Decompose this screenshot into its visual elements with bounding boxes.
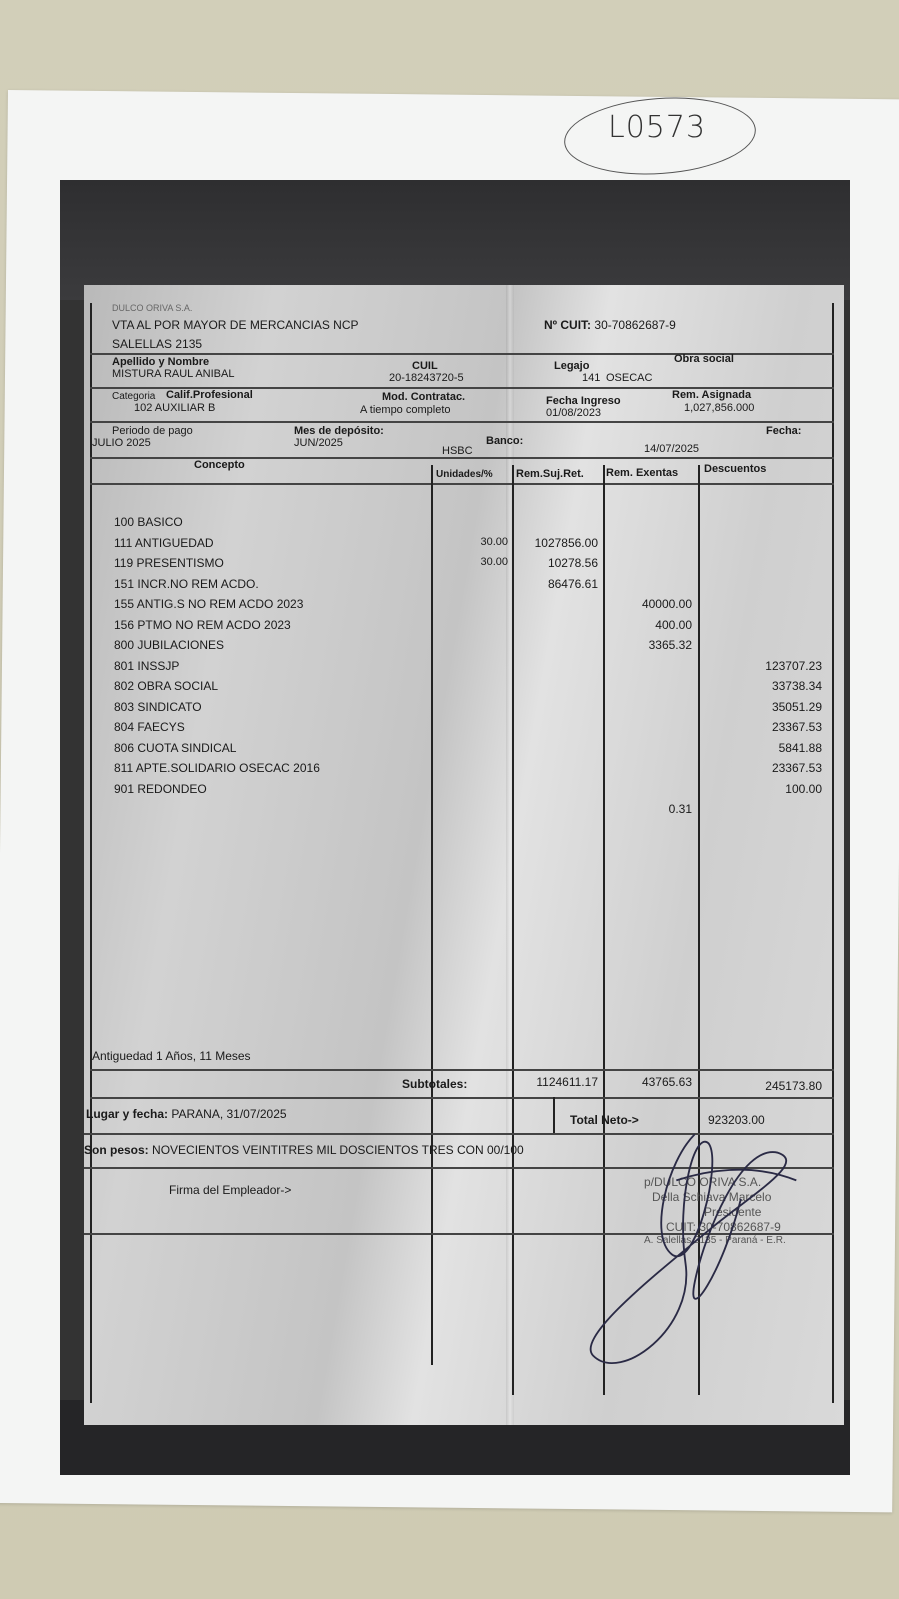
concept-descuentos: 35051.29 bbox=[702, 700, 822, 714]
concept-rem-suj: 10278.56 bbox=[514, 556, 598, 570]
cuil-label: CUIL bbox=[412, 360, 438, 372]
lugar-value: PARANA, 31/07/2025 bbox=[171, 1107, 286, 1121]
fecha-label: Fecha: bbox=[766, 425, 801, 437]
modalidad-label: Mod. Contratac. bbox=[382, 391, 465, 403]
fecha-value: 14/07/2025 bbox=[644, 443, 699, 455]
concept-label: 100 BASICO bbox=[114, 515, 183, 529]
banco-label: Banco: bbox=[486, 435, 523, 447]
concept-descuentos: 23367.53 bbox=[702, 720, 822, 734]
concept-label: 901 REDONDEO bbox=[114, 782, 207, 796]
concept-label: 155 ANTIG.S NO REM ACDO 2023 bbox=[114, 597, 303, 611]
fecha-ingreso-label: Fecha Ingreso bbox=[546, 395, 621, 407]
company-activity: VTA AL POR MAYOR DE MERCANCIAS NCP bbox=[112, 318, 359, 332]
concept-descuentos: 23367.53 bbox=[702, 761, 822, 775]
legajo-label: Legajo bbox=[554, 360, 589, 372]
firma-empleador-label: Firma del Empleador-> bbox=[169, 1183, 291, 1197]
concept-label: 802 OBRA SOCIAL bbox=[114, 679, 218, 693]
mes-deposito-label: Mes de depósito: bbox=[294, 425, 384, 437]
obra-social-value: OSECAC bbox=[606, 372, 652, 384]
rem-asignada-value: 1,027,856.000 bbox=[684, 402, 754, 414]
payslip-document: DULCO ORIVA S.A. VTA AL POR MAYOR DE MER… bbox=[84, 285, 844, 1425]
handwritten-reference-number: L0573 bbox=[608, 110, 706, 145]
header-descuentos: Descuentos bbox=[704, 463, 766, 475]
divider bbox=[90, 483, 834, 485]
column-line bbox=[553, 1097, 555, 1133]
legajo-value: 141 bbox=[582, 372, 600, 384]
column-line bbox=[512, 465, 514, 1395]
concept-label: 800 JUBILACIONES bbox=[114, 638, 224, 652]
header-rem-exentas: Rem. Exentas bbox=[606, 467, 678, 479]
name-label: Apellido y Nombre bbox=[112, 356, 209, 368]
concept-units: 30.00 bbox=[434, 556, 508, 568]
dark-background-top bbox=[60, 180, 850, 300]
concept-descuentos: 33738.34 bbox=[702, 679, 822, 693]
header-concepto: Concepto bbox=[194, 459, 245, 471]
son-pesos: Son pesos: NOVECIENTOS VEINTITRES MIL DO… bbox=[84, 1143, 524, 1157]
subtotal-rem-exentas: 43765.63 bbox=[606, 1075, 692, 1089]
fecha-ingreso-value: 01/08/2023 bbox=[546, 407, 601, 419]
mes-deposito-value: JUN/2025 bbox=[294, 437, 343, 449]
concept-label: 111 ANTIGUEDAD bbox=[114, 536, 214, 550]
employer-signature bbox=[574, 1125, 834, 1365]
concept-label: 803 SINDICATO bbox=[114, 700, 202, 714]
periodo-value: JULIO 2025 bbox=[92, 437, 151, 449]
son-pesos-value: NOVECIENTOS VEINTITRES MIL DOSCIENTOS TR… bbox=[152, 1143, 524, 1157]
concept-rem-exentas: 0.31 bbox=[606, 802, 692, 816]
cuil-value: 20-18243720-5 bbox=[389, 372, 464, 384]
divider bbox=[90, 421, 834, 423]
modalidad-value: A tiempo completo bbox=[360, 404, 451, 416]
subtotales-label: Subtotales: bbox=[402, 1077, 467, 1091]
concept-rem-exentas: 400.00 bbox=[606, 618, 692, 632]
concept-label: 151 INCR.NO REM ACDO. bbox=[114, 577, 259, 591]
header-unidades: Unidades/% bbox=[436, 469, 493, 480]
company-address: SALELLAS 2135 bbox=[112, 337, 202, 351]
company-name-faint: DULCO ORIVA S.A. bbox=[112, 303, 192, 313]
header-rem-suj: Rem.Suj.Ret. bbox=[516, 468, 584, 480]
cuit-value: 30-70862687-9 bbox=[594, 318, 675, 332]
payslip-photo: DULCO ORIVA S.A. VTA AL POR MAYOR DE MER… bbox=[60, 180, 850, 1475]
cuit-block: Nº CUIT: 30-70862687-9 bbox=[544, 318, 676, 332]
concept-label: 156 PTMO NO REM ACDO 2023 bbox=[114, 618, 291, 632]
lugar-label: Lugar y fecha: bbox=[86, 1107, 168, 1121]
cuit-label: Nº CUIT: bbox=[544, 318, 591, 332]
concept-descuentos: 123707.23 bbox=[702, 659, 822, 673]
categoria-value: 102 AUXILIAR B bbox=[134, 402, 215, 414]
lugar-fecha: Lugar y fecha: PARANA, 31/07/2025 bbox=[86, 1107, 287, 1121]
concept-units: 30.00 bbox=[434, 536, 508, 548]
subtotal-rem-suj: 1124611.17 bbox=[514, 1075, 598, 1089]
concept-rem-exentas: 3365.32 bbox=[606, 638, 692, 652]
border-left bbox=[90, 303, 92, 1403]
divider bbox=[90, 1069, 834, 1071]
son-pesos-label: Son pesos: bbox=[84, 1143, 149, 1157]
rem-asignada-label: Rem. Asignada bbox=[672, 389, 751, 401]
banco-value: HSBC bbox=[442, 445, 473, 457]
concept-label: 811 APTE.SOLIDARIO OSECAC 2016 bbox=[114, 761, 320, 775]
concept-rem-suj: 86476.61 bbox=[514, 577, 598, 591]
categoria-label: Categoria bbox=[112, 391, 155, 402]
concept-label: 806 CUOTA SINDICAL bbox=[114, 741, 236, 755]
antiguedad-text: Antiguedad 1 Años, 11 Meses bbox=[92, 1049, 251, 1063]
concept-descuentos: 5841.88 bbox=[702, 741, 822, 755]
concept-rem-exentas: 40000.00 bbox=[606, 597, 692, 611]
concept-label: 119 PRESENTISMO bbox=[114, 556, 224, 570]
obra-social-label: Obra social bbox=[674, 353, 734, 365]
concept-rem-suj: 1027856.00 bbox=[514, 536, 598, 550]
divider bbox=[90, 1097, 834, 1099]
concept-descuentos: 100.00 bbox=[702, 782, 822, 796]
calif-label: Calif.Profesional bbox=[166, 389, 253, 401]
concept-label: 804 FAECYS bbox=[114, 720, 185, 734]
periodo-label: Periodo de pago bbox=[112, 425, 193, 437]
subtotal-descuentos: 245173.80 bbox=[702, 1079, 822, 1093]
column-line bbox=[431, 465, 433, 1365]
employee-name: MISTURA RAUL ANIBAL bbox=[112, 368, 234, 380]
concept-label: 801 INSSJP bbox=[114, 659, 179, 673]
